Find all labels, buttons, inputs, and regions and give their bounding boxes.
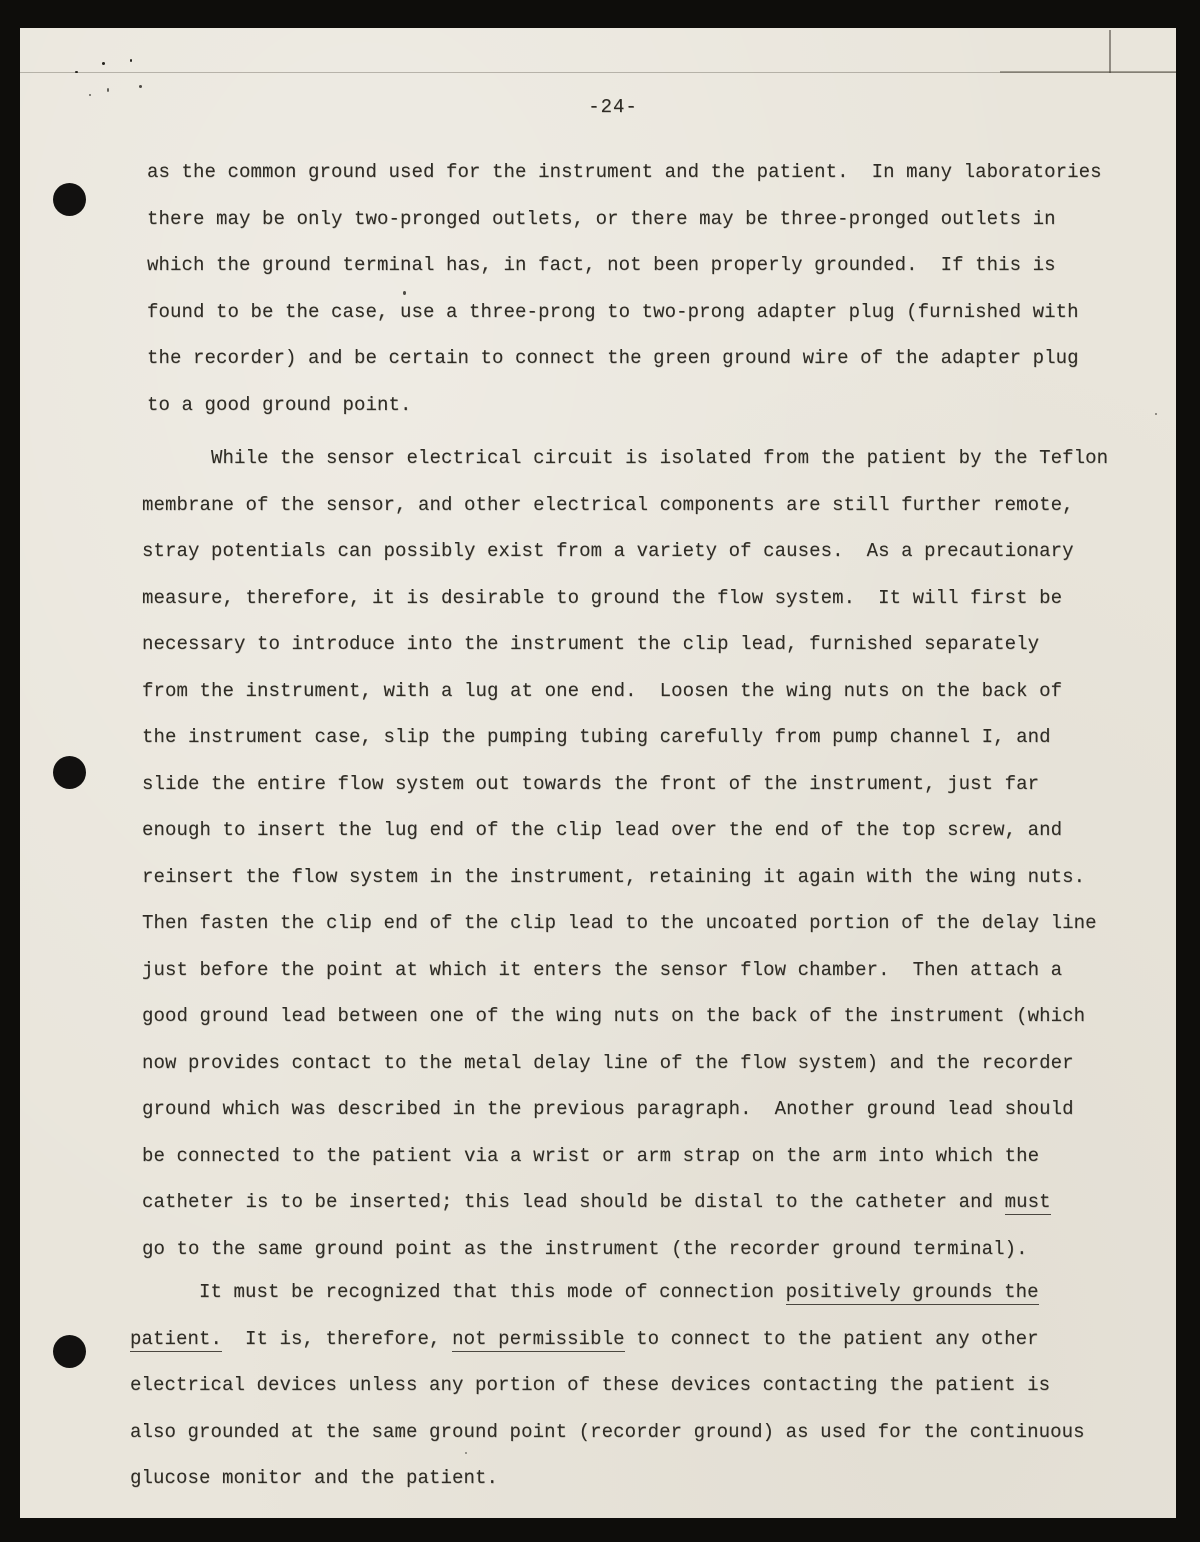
text-line: catheter is to be inserted; this lead sh…	[142, 1179, 1132, 1226]
scan-speck	[107, 88, 109, 92]
text-line: the instrument case, slip the pumping tu…	[142, 714, 1132, 761]
text-segment: now provides contact to the metal delay …	[142, 1052, 1074, 1074]
scanned-page: -24- as the common ground used for the i…	[20, 28, 1176, 1518]
text-segment: be connected to the patient via a wrist …	[142, 1145, 1039, 1167]
text-line: patient. It is, therefore, not permissib…	[130, 1316, 1120, 1363]
text-line: stray potentials can possibly exist from…	[142, 528, 1132, 575]
text-segment: reinsert the flow system in the instrume…	[142, 866, 1085, 888]
text-segment: It is, therefore,	[222, 1328, 452, 1350]
text-line: necessary to introduce into the instrume…	[142, 621, 1132, 668]
text-line: slide the entire flow system out towards…	[142, 761, 1132, 808]
text-line: good ground lead between one of the wing…	[142, 993, 1132, 1040]
page-number: -24-	[50, 96, 1176, 118]
underlined-text: patient.	[130, 1328, 222, 1352]
text-line: there may be only two-pronged outlets, o…	[147, 196, 1137, 243]
text-line: reinsert the flow system in the instrume…	[142, 854, 1132, 901]
text-line: as the common ground used for the instru…	[147, 149, 1137, 196]
text-segment: glucose monitor and the patient.	[130, 1467, 498, 1489]
text-segment: just before the point at which it enters…	[142, 959, 1062, 981]
text-line: measure, therefore, it is desirable to g…	[142, 575, 1132, 622]
text-line: also grounded at the same ground point (…	[130, 1409, 1120, 1456]
text-line: to a good ground point.	[147, 382, 1137, 429]
scan-speck	[75, 71, 78, 73]
text-line: While the sensor electrical circuit is i…	[142, 435, 1132, 482]
text-segment: as the common ground used for the instru…	[147, 161, 1102, 183]
hole-punch	[53, 183, 86, 216]
text-segment: good ground lead between one of the wing…	[142, 1005, 1085, 1027]
text-line: electrical devices unless any portion of…	[130, 1362, 1120, 1409]
text-segment: stray potentials can possibly exist from…	[142, 540, 1074, 562]
text-segment: the instrument case, slip the pumping tu…	[142, 726, 1051, 748]
hole-punch	[53, 1335, 86, 1368]
underlined-text: not permissible	[452, 1328, 625, 1352]
corner-registration-mark	[1109, 30, 1111, 73]
text-segment: measure, therefore, it is desirable to g…	[142, 587, 1062, 609]
text-line: just before the point at which it enters…	[142, 947, 1132, 994]
underlined-text: positively grounds the	[786, 1281, 1039, 1305]
underlined-text: must	[1005, 1191, 1051, 1215]
text-line: from the instrument, with a lug at one e…	[142, 668, 1132, 715]
paragraph: as the common ground used for the instru…	[147, 149, 1137, 428]
text-segment: ground which was described in the previo…	[142, 1098, 1074, 1120]
text-line: now provides contact to the metal delay …	[142, 1040, 1132, 1087]
scan-speck	[1155, 413, 1157, 415]
text-line: found to be the case, use a three-prong …	[147, 289, 1137, 336]
text-segment: there may be only two-pronged outlets, o…	[147, 208, 1056, 230]
pencil-margin-line-dark-segment	[1000, 71, 1176, 73]
text-line: glucose monitor and the patient.	[130, 1455, 1120, 1502]
hole-punch	[53, 756, 86, 789]
text-segment: electrical devices unless any portion of…	[130, 1374, 1050, 1396]
scan-speck	[102, 62, 105, 65]
text-segment: to a good ground point.	[147, 394, 412, 416]
paragraph: While the sensor electrical circuit is i…	[142, 435, 1132, 1272]
text-line: It must be recognized that this mode of …	[130, 1269, 1120, 1316]
text-segment: also grounded at the same ground point (…	[130, 1421, 1085, 1443]
text-line: be connected to the patient via a wrist …	[142, 1133, 1132, 1180]
text-segment: to connect to the patient any other	[625, 1328, 1039, 1350]
text-segment: which the ground terminal has, in fact, …	[147, 254, 1056, 276]
text-segment: slide the entire flow system out towards…	[142, 773, 1039, 795]
text-line: the recorder) and be certain to connect …	[147, 335, 1137, 382]
text-segment: go to the same ground point as the instr…	[142, 1238, 1028, 1260]
text-line: ground which was described in the previo…	[142, 1086, 1132, 1133]
text-segment: While the sensor electrical circuit is i…	[142, 447, 1108, 469]
text-segment: enough to insert the lug end of the clip…	[142, 819, 1062, 841]
paragraph: It must be recognized that this mode of …	[130, 1269, 1120, 1502]
text-line: enough to insert the lug end of the clip…	[142, 807, 1132, 854]
scan-speck	[139, 85, 142, 88]
text-segment: Then fasten the clip end of the clip lea…	[142, 912, 1097, 934]
text-segment: necessary to introduce into the instrume…	[142, 633, 1039, 655]
text-line: Then fasten the clip end of the clip lea…	[142, 900, 1132, 947]
text-line: go to the same ground point as the instr…	[142, 1226, 1132, 1273]
text-line: which the ground terminal has, in fact, …	[147, 242, 1137, 289]
text-segment: the recorder) and be certain to connect …	[147, 347, 1079, 369]
text-segment: It must be recognized that this mode of …	[130, 1281, 786, 1303]
text-line: membrane of the sensor, and other electr…	[142, 482, 1132, 529]
scan-speck	[130, 59, 132, 62]
text-segment: catheter is to be inserted; this lead sh…	[142, 1191, 1005, 1213]
text-segment: from the instrument, with a lug at one e…	[142, 680, 1062, 702]
text-segment: found to be the case, use a three-prong …	[147, 301, 1079, 323]
text-segment: membrane of the sensor, and other electr…	[142, 494, 1074, 516]
